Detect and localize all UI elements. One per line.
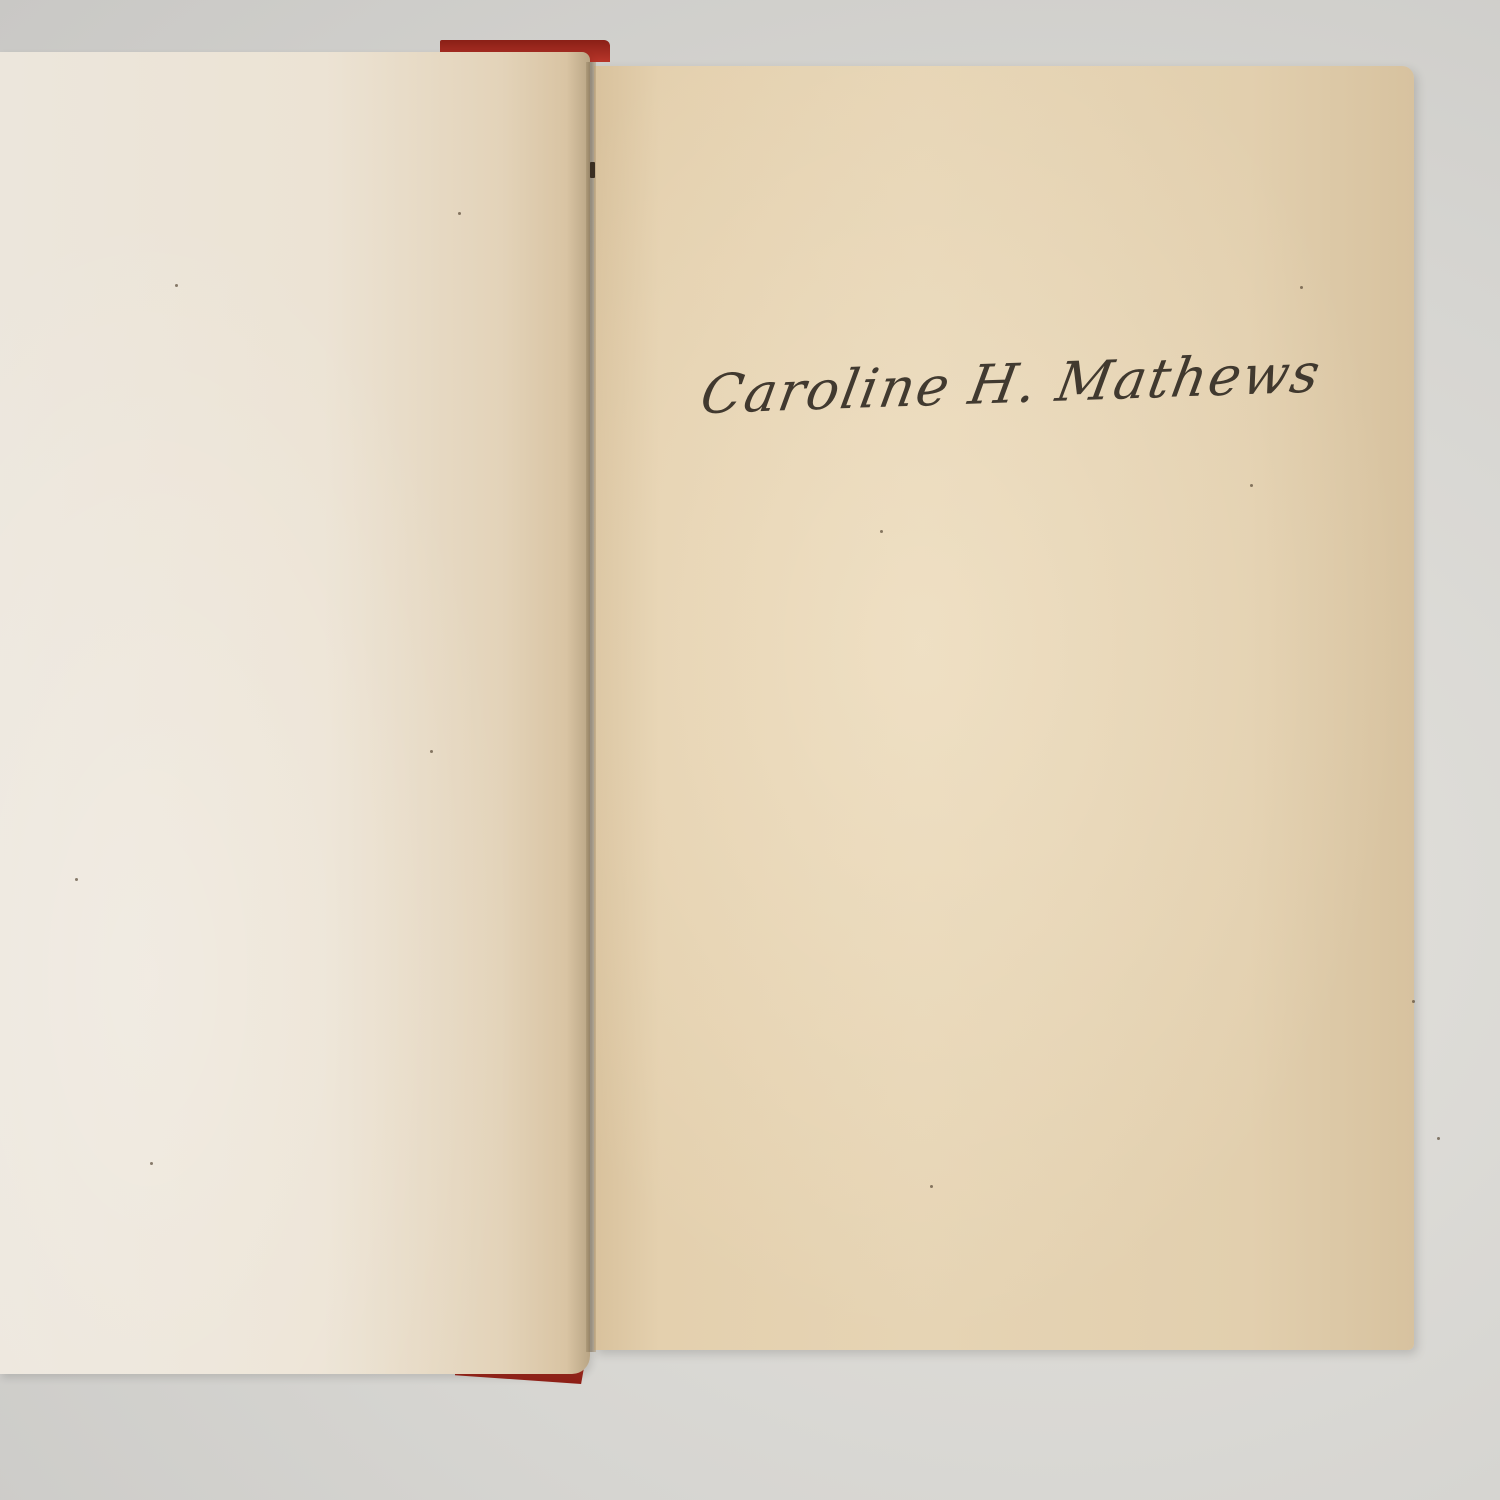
paper-speck [430,750,433,753]
paper-speck [75,878,78,881]
paper-speck [930,1185,933,1188]
book-gutter [586,62,596,1352]
paper-speck [1300,286,1303,289]
gutter-mark [590,162,595,178]
left-endpaper [0,52,590,1374]
paper-speck [150,1162,153,1165]
right-flyleaf [594,66,1414,1350]
paper-speck [175,284,178,287]
paper-speck [1250,484,1253,487]
paper-speck [1437,1137,1440,1140]
paper-speck [1412,1000,1415,1003]
paper-speck [458,212,461,215]
paper-speck [880,530,883,533]
